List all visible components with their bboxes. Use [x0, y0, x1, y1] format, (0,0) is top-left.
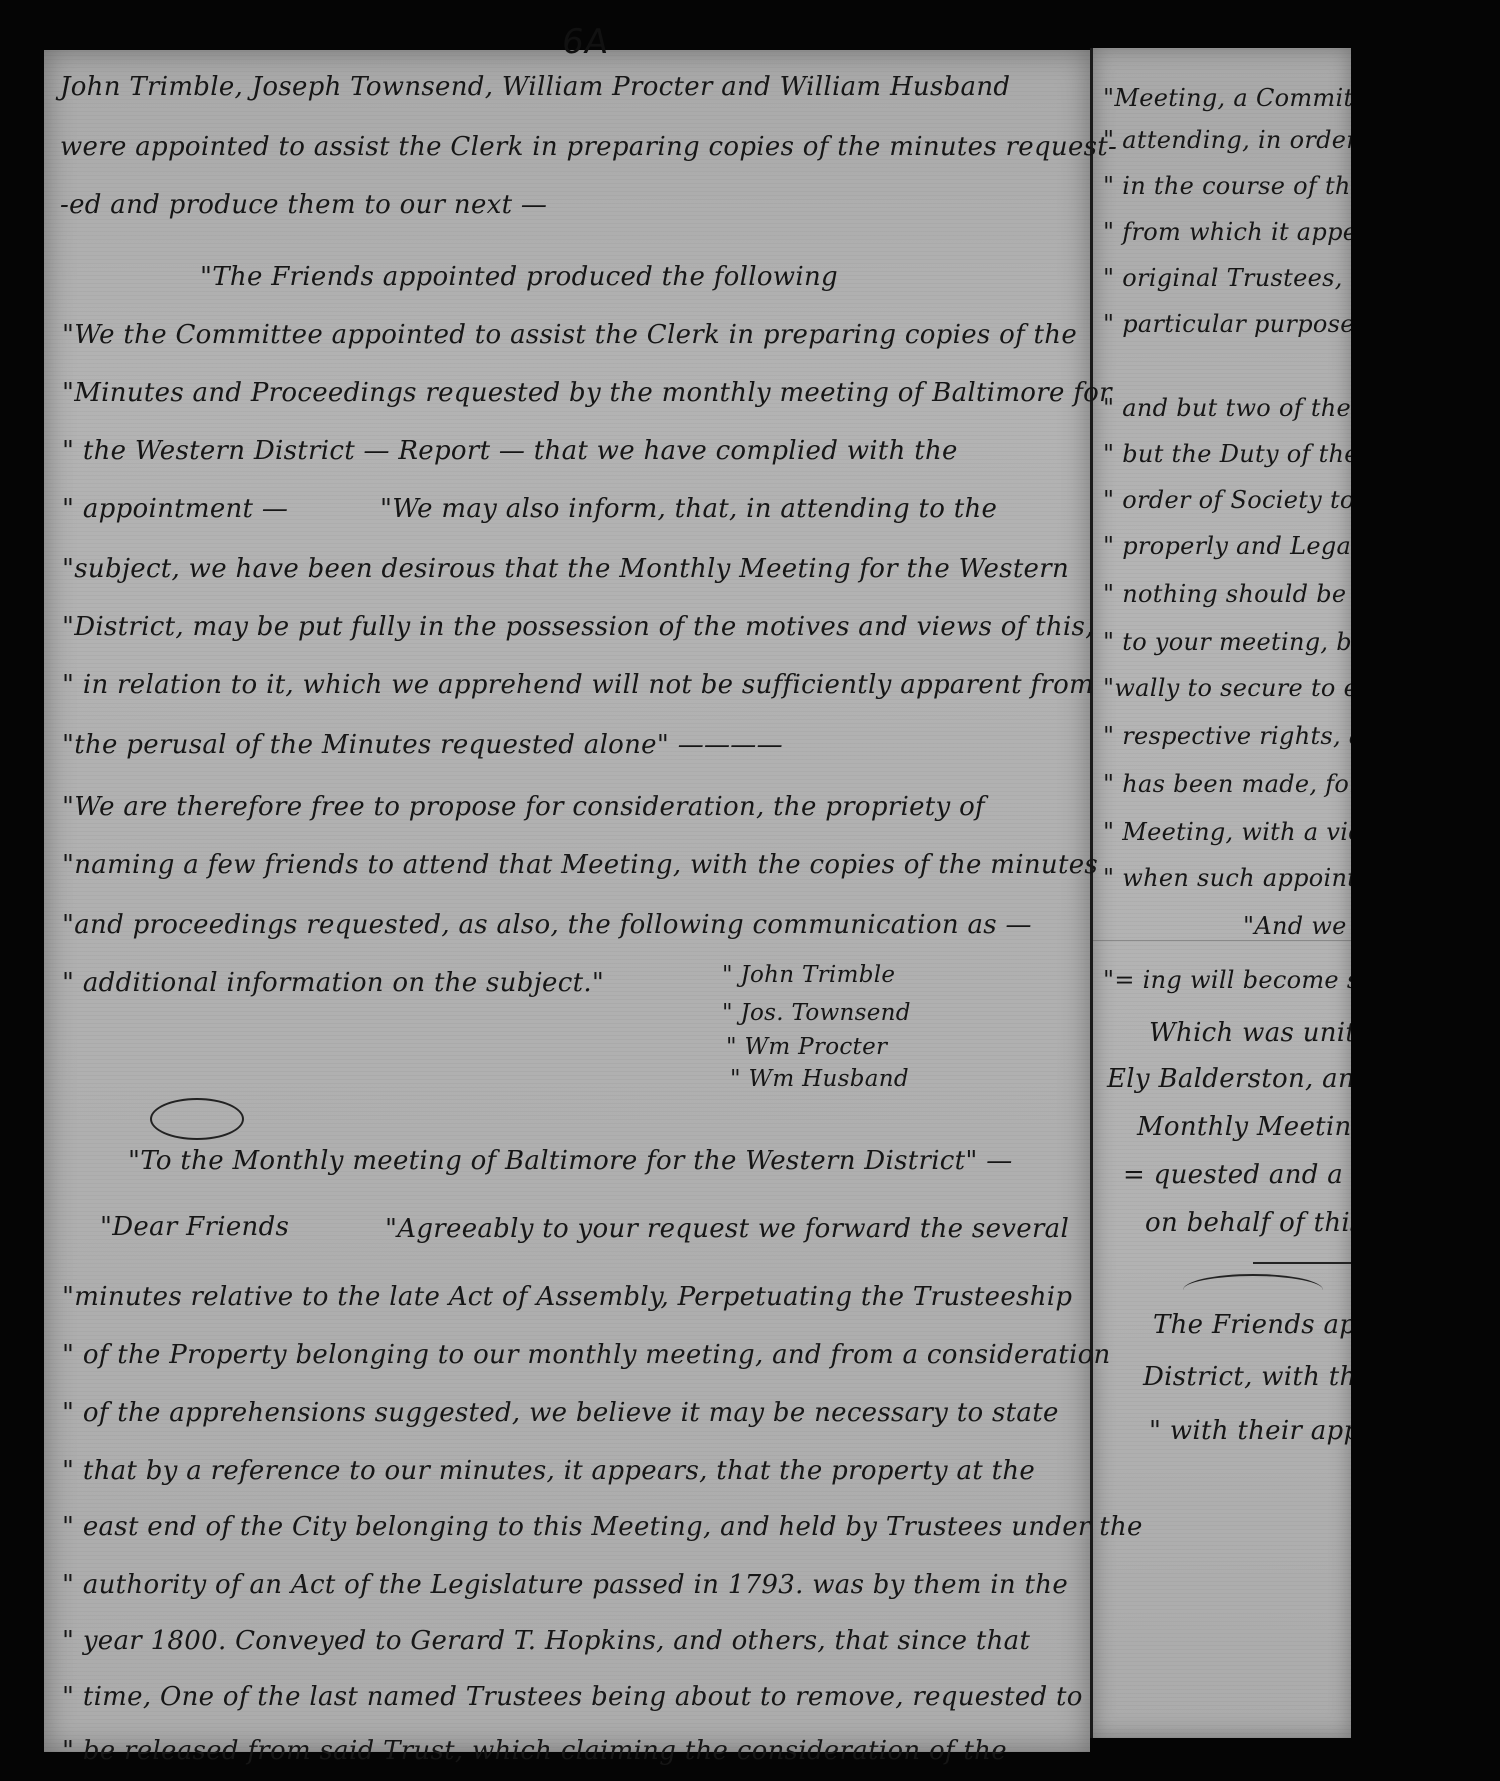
signature: " Wm Husband: [730, 1066, 909, 1092]
manuscript-line: John Trimble, Joseph Townsend, William P…: [60, 72, 1010, 102]
manuscript-line: " has been made, for: [1103, 770, 1351, 798]
manuscript-line: "And we: [1243, 912, 1347, 940]
letter-salutation: "Dear Friends: [100, 1212, 289, 1242]
minute-line: The Friends appoi: [1153, 1310, 1351, 1340]
manuscript-line: were appointed to assist the Clerk in pr…: [60, 132, 1117, 162]
right-page-text: "Meeting, a Committee wa " attending, in…: [1093, 48, 1351, 1738]
manuscript-line: " when such appoint: [1103, 864, 1351, 892]
manuscript-line: " additional information on the subject.…: [62, 968, 604, 998]
manuscript-line: "naming a few friends to attend that Mee…: [62, 850, 1098, 880]
manuscript-line: " nothing should be don: [1103, 580, 1351, 608]
minute-line: Monthly Meeting: [1137, 1112, 1351, 1142]
ink-flourish: [1183, 1274, 1323, 1306]
letter-line: " that by a reference to our minutes, it…: [62, 1456, 1035, 1486]
minute-line: on behalf of this Mo: [1145, 1208, 1351, 1238]
manuscript-line: "= ing will become sa: [1103, 966, 1351, 994]
manuscript-line: " the Western District — Report — that w…: [62, 436, 958, 466]
manuscript-line: "subject, we have been desirous that the…: [62, 554, 1069, 584]
letter-line: " authority of an Act of the Legislature…: [62, 1570, 1068, 1600]
page-number: 6A: [559, 22, 612, 62]
manuscript-line: " Meeting, with a vie: [1103, 818, 1351, 846]
manuscript-line: " attending, in order tha: [1103, 126, 1351, 154]
manuscript-line: " properly and Legally p: [1103, 532, 1351, 560]
manuscript-line: -ed and produce them to our next —: [60, 190, 547, 220]
minute-line: Ely Balderston, and: [1107, 1064, 1351, 1094]
letter-heading: "To the Monthly meeting of Baltimore for…: [128, 1146, 1013, 1176]
manuscript-line: "We the Committee appointed to assist th…: [62, 320, 1077, 350]
letter-line: "Agreeably to your request we forward th…: [385, 1214, 1069, 1244]
letter-line: " of the apprehensions suggested, we bel…: [62, 1398, 1059, 1428]
signature: " Jos. Townsend: [722, 1000, 911, 1026]
manuscript-line: "Minutes and Proceedings requested by th…: [62, 378, 1112, 408]
minute-line: " with their appoi: [1149, 1416, 1351, 1446]
minute-line: Which was unite: [1149, 1018, 1351, 1048]
manuscript-line: " and but two of the origi: [1103, 394, 1351, 422]
letter-line: " of the Property belonging to our month…: [62, 1340, 1111, 1370]
manuscript-line: "District, may be put fully in the posse…: [62, 612, 1094, 642]
manuscript-line: " but the Duty of the Mo: [1103, 440, 1351, 468]
manuscript-line: " order of Society to tak: [1103, 486, 1351, 514]
letter-line: " be released from said Trust, which cla…: [62, 1736, 1007, 1766]
manuscript-line: " appointment —: [62, 494, 288, 524]
signature: " John Trimble: [722, 962, 895, 988]
signature: " Wm Procter: [726, 1034, 887, 1060]
section-divider: [1253, 1262, 1351, 1264]
letter-line: "minutes relative to the late Act of Ass…: [62, 1282, 1072, 1312]
minute-line: District, with th: [1143, 1362, 1351, 1392]
manuscript-line: " in relation to it, which we apprehend …: [62, 670, 1094, 700]
scanned-manuscript: 6A John Trimble, Joseph Townsend, Willia…: [0, 0, 1500, 1781]
manuscript-line: "Meeting, a Committee wa: [1103, 84, 1351, 112]
manuscript-line: " particular purpose." —: [1103, 310, 1351, 338]
minute-line: = quested and a Cop: [1123, 1160, 1351, 1190]
manuscript-line: "We are therefore free to propose for co…: [62, 792, 985, 822]
letter-line: " time, One of the last named Trustees b…: [62, 1682, 1083, 1712]
manuscript-line: " original Trustees, withou: [1103, 264, 1351, 292]
manuscript-line: " respective rights, agre: [1103, 722, 1351, 750]
manuscript-line: "wally to secure to eac: [1103, 674, 1351, 702]
manuscript-line: " to your meeting, by: [1103, 628, 1351, 656]
letter-line: " year 1800. Conveyed to Gerard T. Hopki…: [62, 1626, 1030, 1656]
manuscript-line: "We may also inform, that, in attending …: [380, 494, 997, 524]
section-heading: "The Friends appointed produced the foll…: [200, 262, 838, 292]
manuscript-line: " in the course of their inv: [1103, 172, 1351, 200]
manuscript-line: "and proceedings requested, as also, the…: [62, 910, 1032, 940]
letter-line: " east end of the City belonging to this…: [62, 1512, 1143, 1542]
manuscript-line: "the perusal of the Minutes requested al…: [62, 730, 783, 760]
ink-flourish: [150, 1098, 244, 1140]
manuscript-line: " from which it appeared,: [1103, 218, 1351, 246]
left-page: [44, 50, 1090, 1752]
